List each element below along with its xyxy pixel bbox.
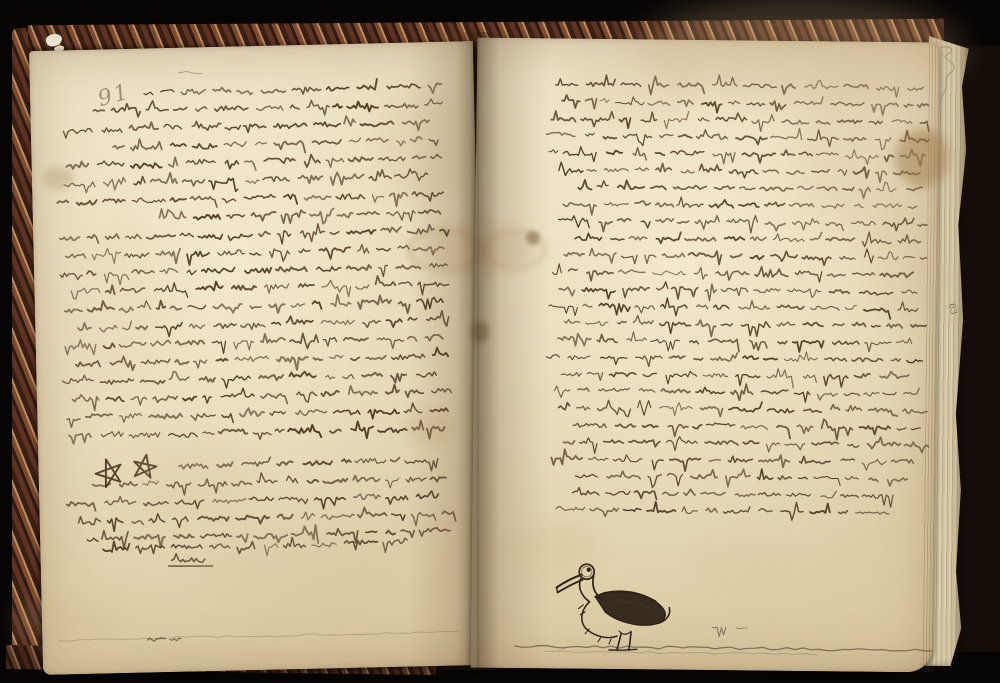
manuscript-photo: 63 91: [0, 0, 1000, 683]
left-page: 91: [29, 41, 487, 675]
pelican-drawing: [471, 38, 940, 673]
left-page-handwriting: [29, 41, 487, 675]
right-page: [471, 38, 940, 673]
pelican-wing-icon: [595, 591, 665, 625]
faint-pencil-mark: [934, 42, 964, 104]
pelican-legs-icon: [617, 632, 631, 650]
fore-edge-number: 63: [946, 302, 958, 315]
